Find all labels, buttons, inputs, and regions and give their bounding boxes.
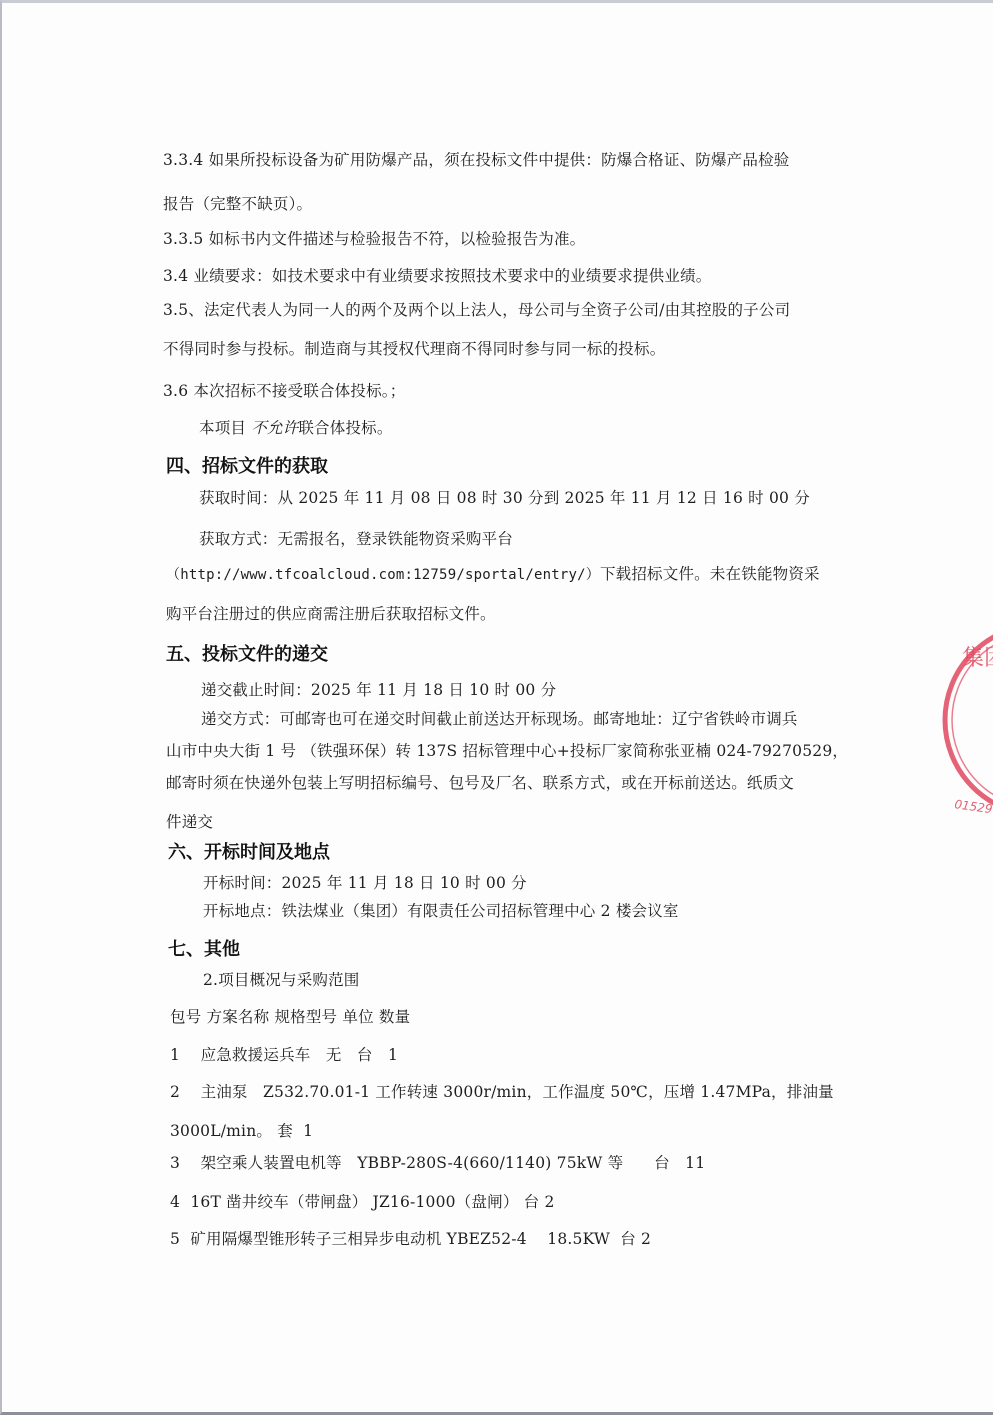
submit-paper: 件递交 <box>166 815 213 831</box>
item-row-3: 3 架空乘人装置电机等 YBBP-280S-4(660/1140) 75kW 等… <box>170 1156 705 1172</box>
paragraph-3-3-5: 3.3.5 如标书内文件描述与检验报告不符，以检验报告为准。 <box>163 232 585 248</box>
opening-place: 开标地点：铁法煤业（集团）有限责任公司招标管理中心 2 楼会议室 <box>203 904 679 920</box>
opening-time: 开标时间：2025 年 11 月 18 日 10 时 00 分 <box>203 876 527 892</box>
joint-prefix: 本项目 <box>199 419 246 437</box>
submit-method: 递交方式：可邮寄也可在递交时间截止前送达开标现场。邮寄地址：辽宁省铁岭市调兵 <box>201 712 798 728</box>
project-overview-subheading: 2.项目概况与采购范围 <box>203 973 360 989</box>
submit-deadline: 递交截止时间：2025 年 11 月 18 日 10 时 00 分 <box>201 683 556 699</box>
item-row-4: 4 16T 凿井绞车（带闸盘） JZ16-1000（盘闸） 台 2 <box>170 1195 555 1211</box>
paragraph-3-3-4-cont: 报告（完整不缺页）。 <box>163 197 312 213</box>
acquire-method-text: 下载招标文件。未在铁能物资采 <box>600 565 820 583</box>
paragraph-3-3-4: 3.3.4 如果所投标设备为矿用防爆产品，须在投标文件中提供：防爆合格证、防爆产… <box>163 153 789 169</box>
submit-address: 山市中央大街 1 号 （铁强环保）转 137S 招标管理中心+投标厂家简称张亚楠… <box>166 744 848 760</box>
acquire-method-note: 购平台注册过的供应商需注册后获取招标文件。 <box>166 607 496 623</box>
paragraph-3-5-cont: 不得同时参与投标。制造商与其授权代理商不得同时参与同一标的投标。 <box>163 342 665 358</box>
section-6-heading: 六、开标时间及地点 <box>168 844 330 862</box>
acquire-method-cont: （http://www.tfcoalcloud.com:12759/sporta… <box>166 567 820 583</box>
item-row-2-cont: 3000L/min。 套 1 <box>170 1124 313 1140</box>
acquire-method: 获取方式：无需报名，登录铁能物资采购平台 <box>199 532 513 548</box>
platform-url: （http://www.tfcoalcloud.com:12759/sporta… <box>166 567 600 583</box>
item-row-2: 2 主油泵 Z532.70.01-1 工作转速 3000r/min，工作温度 5… <box>170 1085 834 1101</box>
item-row-1: 1 应急救援运兵车 无 台 1 <box>170 1048 398 1064</box>
joint-suffix: 联合体投标。 <box>298 419 392 437</box>
joint-italic: 不允许 <box>251 419 298 437</box>
item-row-5: 5 矿用隔爆型锥形转子三相异步电动机 YBEZ52-4 18.5KW 台 2 <box>170 1232 651 1248</box>
section-4-heading: 四、招标文件的获取 <box>166 458 328 476</box>
seal-text: 集团 <box>962 646 993 671</box>
company-seal-stamp: 集团 01529 <box>940 610 993 830</box>
acquire-time: 获取时间：从 2025 年 11 月 08 日 08 时 30 分到 2025 … <box>199 491 810 507</box>
section-5-heading: 五、投标文件的递交 <box>166 646 328 664</box>
submit-packaging: 邮寄时须在快递外包装上写明招标编号、包号及厂名、联系方式，或在开标前送达。纸质文 <box>166 776 794 792</box>
joint-bid-statement: 本项目 不允许联合体投标。 <box>199 421 393 437</box>
paragraph-3-5: 3.5、法定代表人为同一人的两个及两个以上法人，母公司与全资子公司/由其控股的子… <box>163 303 790 319</box>
seal-number: 01529 <box>954 797 993 816</box>
section-7-heading: 七、其他 <box>168 941 240 959</box>
paragraph-3-6: 3.6 本次招标不接受联合体投标。； <box>163 384 405 400</box>
paragraph-3-4: 3.4 业绩要求：如技术要求中有业绩要求按照技术要求中的业绩要求提供业绩。 <box>163 269 711 285</box>
items-table-header: 包号 方案名称 规格型号 单位 数量 <box>170 1010 410 1026</box>
